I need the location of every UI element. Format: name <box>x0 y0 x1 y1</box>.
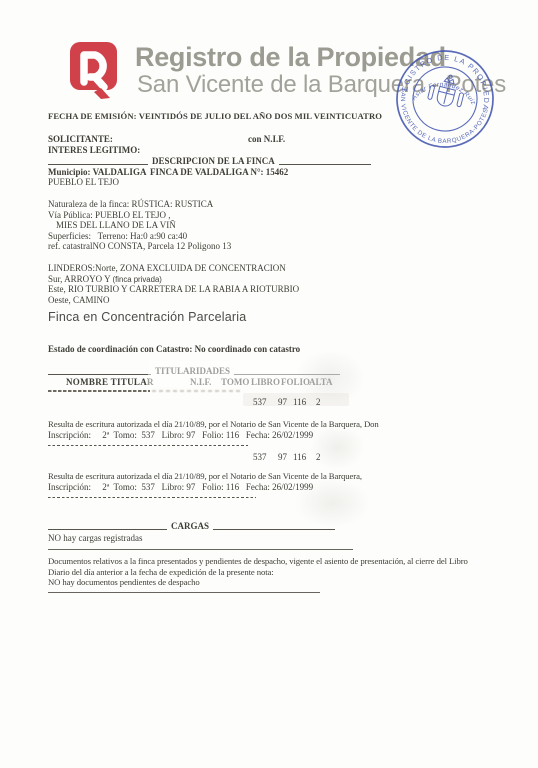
rule-right <box>279 164 371 165</box>
row2-folio-value: 116 <box>293 452 306 462</box>
scan-blotch <box>310 425 365 470</box>
naturaleza-line: Naturaleza de la finca: RÚSTICA: RUSTICA <box>48 199 213 209</box>
resulta-escritura-2: Resulta de escritura autorizada el día 2… <box>48 471 362 481</box>
estado-catastro-line: Estado de coordinación con Catastro: No … <box>48 344 300 354</box>
dashed-separator-2 <box>48 497 256 498</box>
cargas-section-header: CARGAS <box>48 521 335 531</box>
linderos-norte-line: LINDEROS:Norte, ZONA EXCLUIDA DE CONCENT… <box>48 263 286 273</box>
descripcion-section-title: DESCRIPCION DE LA FINCA <box>148 156 279 166</box>
row1-folio-value: 116 <box>293 397 306 407</box>
concentracion-parcelaria-heading: Finca en Concentración Parcelaria <box>48 312 246 322</box>
row2-libro-value: 97 <box>278 452 287 462</box>
rule-left <box>48 529 167 530</box>
svg-text:SAN VICENTE DE LA BARQUERA-POT: SAN VICENTE DE LA BARQUERA-POTES <box>389 87 490 155</box>
municipio-label: Municipio: VALDALIGA <box>48 167 146 177</box>
registry-stamp-seal: REGISTRO DE LA PROPIEDAD SAN VICENTE DE … <box>386 40 504 163</box>
rule-right <box>213 529 335 530</box>
solicitante-label: SOLICITANTE: <box>48 134 113 144</box>
interes-legitimo-label: INTERES LEGITIMO: <box>48 145 140 155</box>
documentos-line-1: Documentos relativos a la finca presenta… <box>48 556 468 566</box>
emission-date-line: FECHA DE EMISIÓN: VEINTIDÓS DE JULIO DEL… <box>48 111 382 121</box>
linderos-este-line: Este, RIO TURBIO Y CARRETERA DE LA RABIA… <box>48 284 299 294</box>
col-header-nombre-titular: NOMBRE TITULAR <box>66 377 154 387</box>
pueblo-line: PUEBLO EL TEJO <box>48 177 119 187</box>
no-cargas-line: NO hay cargas registradas <box>48 533 143 543</box>
rule-left <box>48 374 151 375</box>
via-publica-line: Vía Pública: PUEBLO EL TEJO , <box>48 210 171 220</box>
ref-catastral-line: ref. catastralNO CONSTA, Parcela 12 Poli… <box>48 241 231 251</box>
scan-blotch <box>295 350 365 405</box>
inscripcion-2: Inscripción: 2ª Tomo: 537 Libro: 97 Foli… <box>48 482 313 492</box>
separator-line-bottom <box>48 592 320 593</box>
row2-tomo-value: 537 <box>253 452 267 462</box>
superficies-line: Superficies: Terreno: Ha:0 a:90 ca:40 <box>48 231 187 241</box>
descripcion-section-header: DESCRIPCION DE LA FINCA <box>48 156 371 166</box>
redacted-owner-ghost <box>152 390 240 392</box>
via-publica-line-2: MIES DEL LLANO DE LA VIÑ <box>56 220 176 230</box>
separator-line-cargas <box>48 549 353 550</box>
documentos-line-3: NO hay documentos pendientes de despacho <box>48 577 200 587</box>
stamp-ring-bottom-text: SAN VICENTE DE LA BARQUERA-POTES <box>389 87 490 155</box>
redacted-owner-name <box>48 390 150 392</box>
finca-number: FINCA DE VALDALIGA N°: 15462 <box>150 167 288 177</box>
linderos-sur-text: Sur, ARROYO Y <box>48 274 112 284</box>
inscripcion-1: Inscripción: 2ª Tomo: 537 Libro: 97 Foli… <box>48 430 313 440</box>
registradores-logo-icon <box>70 42 132 109</box>
scanned-registry-certificate: Registro de la Propiedad San Vicente de … <box>0 0 538 768</box>
cargas-section-title: CARGAS <box>167 521 213 531</box>
finca-privada-note: (finca privada) <box>112 275 161 284</box>
nif-label: con N.I.F. <box>248 134 285 144</box>
rule-left <box>48 164 148 165</box>
scan-blotch <box>295 478 370 528</box>
documentos-line-2: Diario del día anterior a la fecha de ex… <box>48 567 274 577</box>
row1-tomo-value: 537 <box>253 397 267 407</box>
row1-libro-value: 97 <box>278 397 287 407</box>
dashed-separator-1 <box>48 445 248 446</box>
linderos-oeste-line: Oeste, CAMINO <box>48 295 110 305</box>
